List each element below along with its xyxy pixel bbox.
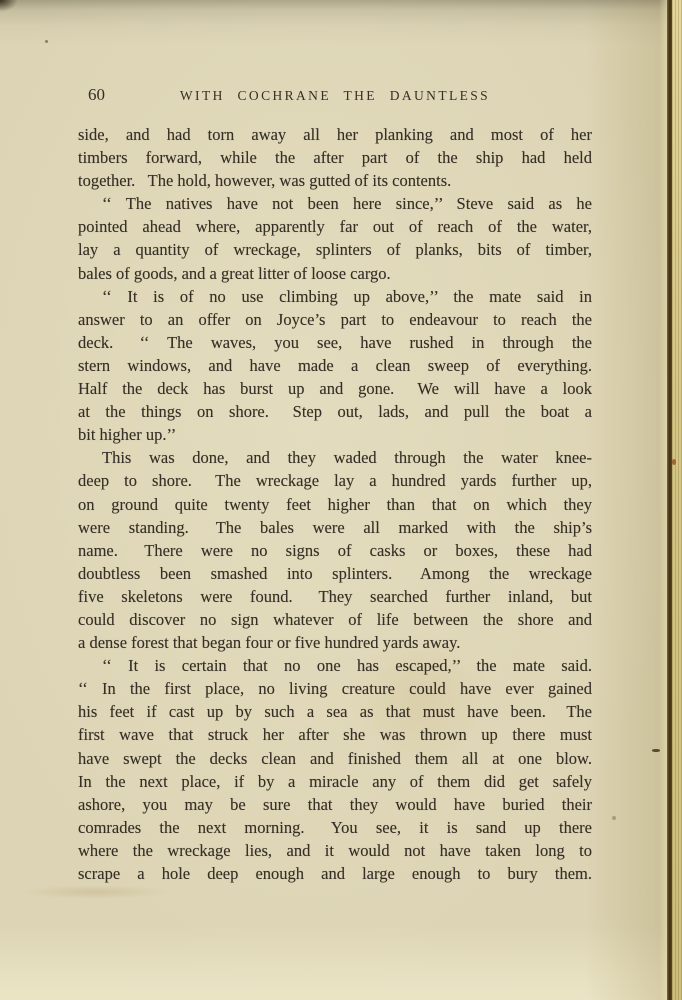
paper-fold-stain (20, 885, 170, 899)
text-line: his feet if cast up by such a sea as tha… (78, 700, 592, 723)
text-line: In the next place, if by a miracle any o… (78, 770, 592, 793)
text-line: Half the deck has burst up and gone. We … (78, 377, 592, 400)
text-block: side, and had torn away all her planking… (78, 123, 592, 885)
text-line: bit higher up.’’ (78, 423, 592, 446)
ink-speck (652, 749, 660, 752)
text-line: pointed ahead where, apparently far out … (78, 215, 592, 238)
text-line: have swept the decks clean and finished … (78, 747, 592, 770)
text-line: comrades the next morning. You see, it i… (78, 816, 592, 839)
text-line: first wave that struck her after she was… (78, 723, 592, 746)
text-line: ‘‘ The natives have not been here since,… (78, 192, 592, 215)
text-line: deck. ‘‘ The waves, you see, have rushed… (78, 331, 592, 354)
text-line: stern windows, and have made a clean swe… (78, 354, 592, 377)
text-line: were standing. The bales were all marked… (78, 516, 592, 539)
text-line: ‘‘ It is of no use climbing up above,’’ … (78, 285, 592, 308)
text-line: answer to an offer on Joyce’s part to en… (78, 308, 592, 331)
corner-smudge (0, 0, 18, 12)
running-header: WITH COCHRANE THE DAUNTLESS (78, 88, 592, 104)
text-line: could discover no sign whatever of life … (78, 608, 592, 631)
text-line: doubtless been smashed into splinters. A… (78, 562, 592, 585)
text-line: ‘‘ In the first place, no living creatur… (78, 677, 592, 700)
text-line: name. There were no signs of casks or bo… (78, 539, 592, 562)
text-line: ashore, you may be sure that they would … (78, 793, 592, 816)
text-line: together. The hold, however, was gutted … (78, 169, 592, 192)
book-page-scan: 60 WITH COCHRANE THE DAUNTLESS side, and… (0, 0, 682, 1000)
paper-speck (612, 816, 616, 820)
text-line: bales of goods, and a great litter of lo… (78, 262, 592, 285)
text-line: a dense forest that began four or five h… (78, 631, 592, 654)
text-line: five skeletons were found. They searched… (78, 585, 592, 608)
page-fore-edge (672, 0, 682, 1000)
text-line: deep to shore. The wreckage lay a hundre… (78, 469, 592, 492)
text-line: side, and had torn away all her planking… (78, 123, 592, 146)
paper-speck (45, 40, 48, 43)
text-line: ‘‘ It is certain that no one has escaped… (78, 654, 592, 677)
text-line: on ground quite twenty feet higher than … (78, 493, 592, 516)
text-line: scrape a hole deep enough and large enou… (78, 862, 592, 885)
text-line: where the wreckage lies, and it would no… (78, 839, 592, 862)
text-line: timbers forward, while the after part of… (78, 146, 592, 169)
red-edge-speck (672, 459, 676, 465)
text-line: This was done, and they waded through th… (78, 446, 592, 469)
text-line: lay a quantity of wreckage, splinters of… (78, 238, 592, 261)
text-line: at the things on shore. Step out, lads, … (78, 400, 592, 423)
